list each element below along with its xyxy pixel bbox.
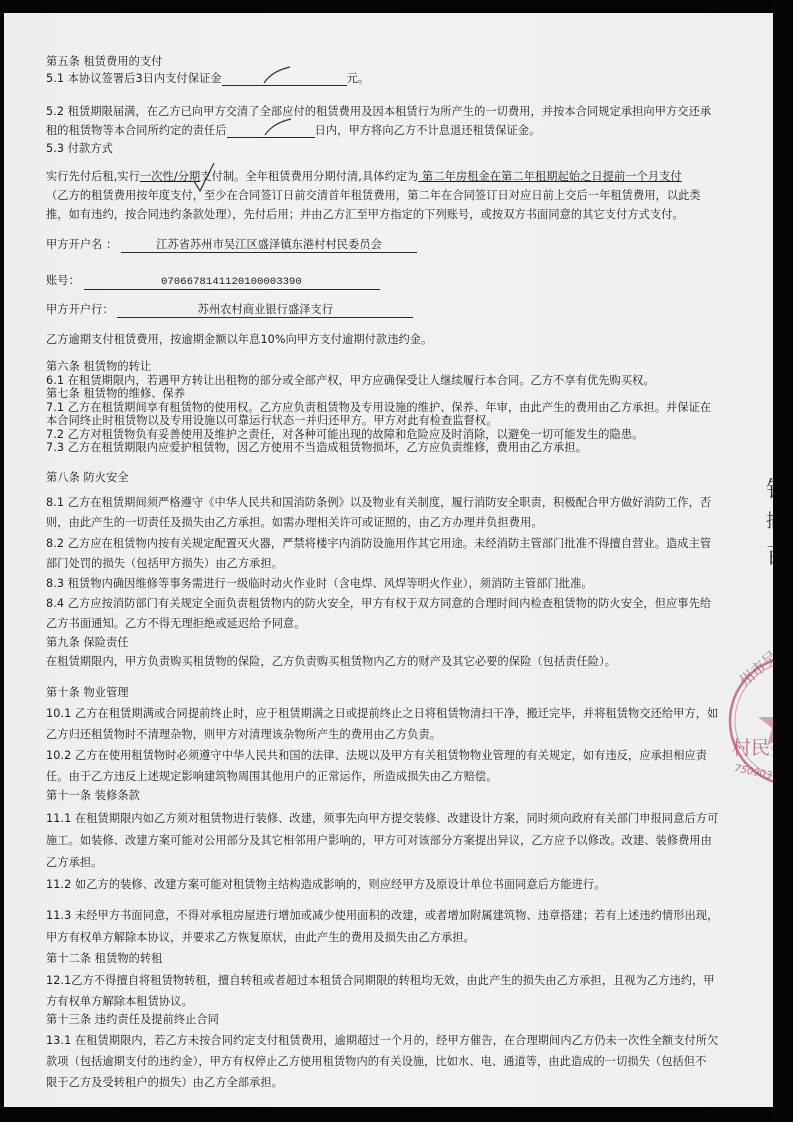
clause-5-3-line2: （乙方的租赁费用按年度支付，至少在合同签订日前交清首年租赁费用，第二年在合同签订… <box>46 189 701 203</box>
scan-border-right <box>773 0 793 1122</box>
clause-8-3: 8.3 租赁物内确因维修等事务需进行一级临时动火作业时（含电焊、风焊等明火作业）… <box>46 577 593 591</box>
clause-11-3-line1: 11.3 未经甲方书面同意，不得对承租房屋进行增加或减少使用面积的改建，或者增加… <box>46 909 718 923</box>
seal-text-mid: 村民委 <box>732 733 773 760</box>
clause-13-1-line2: 款项（包括逾期支付的违约金），甲方有权停止乙方使用租赁物内的有关设施，比如水、电… <box>46 1055 706 1069</box>
clause-8-2-line1: 8.2 乙方应在租赁物内按有关规定配置灭火器，严禁将楼宇内消防设施用作其它用途。… <box>46 537 711 551</box>
clause-8-4-line2: 乙方书面通知。乙方不得无理拒绝或延迟给予同意。 <box>46 617 306 631</box>
clause-11-1-line3: 乙方承担。 <box>46 856 102 870</box>
section-13-title: 第十三条 违约责任及提前终止合同 <box>46 1013 219 1027</box>
late-fee-clause: 乙方逾期支付租赁费用，按逾期金额以年息10%向甲方支付逾期付款违约金。 <box>46 333 432 347</box>
clause-6-1: 6.1 在租赁期限内，若遇甲方转让出租物的部分或全部产权，甲方应确保受让人继续履… <box>46 374 655 388</box>
clause-10-2-line2: 任。由于乙方违反上述规定影响建筑物周围其他用户的正常运作，所造成损失由乙方赔偿。 <box>46 770 498 784</box>
contract-page: 第五条 租赁费用的支付 5.1 本协议签署后3日内支付保证金 元。 5.2 租赁… <box>4 13 773 1107</box>
clause-13-1-line1: 13.1 在租赁期限内，若乙方未按合同约定支付租赁费用，逾期超过一个月的，经甲方… <box>46 1034 718 1048</box>
account-number-row: 账号： 0706678141120100003390 <box>46 274 380 290</box>
deposit-amount-blank <box>222 73 347 86</box>
clause-8-1-line2: 则，由此产生的一切责任及损失由乙方承担。如需办理相关许可或证照的，由乙方办理并负… <box>46 516 543 530</box>
clause-12-1-line2: 方有权单方解除本租赁协议。 <box>46 995 193 1009</box>
clause-7-3: 7.3 乙方在租赁期限内应爱护租赁物，因乙方使用不当造成租赁物损坏，乙方应负责维… <box>46 441 587 455</box>
clause-9: 在租赁期限内，甲方负责购买租赁物的保险，乙方负责购买租赁物内乙方的财产及其它必要… <box>46 655 616 669</box>
clause-5-2-line2: 租的租赁物等本合同所约定的责任后 日内，甲方将向乙方不计息退还租赁保证金。 <box>46 124 540 138</box>
account-name-value: 江苏省苏州市吴江区盛泽镇东港村村民委员会 <box>121 238 417 253</box>
section-11-title: 第十一条 装修条款 <box>46 789 140 803</box>
clause-5-3-line3: 推，如有违约，按合同违约条款处理），先付后用；并由乙方汇至甲方指定的下列账号，或… <box>46 208 684 222</box>
clause-7-1-line2: 本合同终止时租赁物以及专用设施以可靠运行状态一并归还甲方。甲方对此有检查监督权。 <box>46 414 498 428</box>
clause-10-1-line1: 10.1 乙方在租赁期满或合同提前终止时，应于租赁期满之日或提前终止之日将租赁物… <box>46 707 718 721</box>
refund-days-blank <box>227 125 315 138</box>
clause-10-2-line1: 10.2 乙方在使用租赁物时必须遵守中华人民共和国的法律、法规以及甲方有关租赁物… <box>46 749 707 763</box>
clause-11-2: 11.2 如乙方的装修、改建方案可能对租赁物主结构造成影响的，则应经甲方及原设计… <box>46 878 605 892</box>
section-7-title: 第七条 租赁物的维修、保养 <box>46 387 185 401</box>
clause-5-3-title: 5.3 付款方式 <box>46 142 113 156</box>
section-9-title: 第九条 保险责任 <box>46 636 129 650</box>
section-8-title: 第八条 防火安全 <box>46 471 129 485</box>
section-12-title: 第十二条 租赁物的转租 <box>46 952 163 966</box>
edge-fragment: 百 <box>766 539 773 570</box>
official-seal: 州市吴江 村民委 750903 <box>726 641 773 801</box>
section-6-title: 第六条 租赁物的转让 <box>46 360 151 374</box>
clause-8-1-line1: 8.1 乙方在租赁期间须严格遵守《中华人民共和国消防条例》以及物业有关制度，履行… <box>46 496 711 510</box>
clause-12-1-line1: 12.1乙方不得擅自将租赁物转租，擅自转租或者超过本租赁合同期限的转租均无效，由… <box>46 974 715 988</box>
edge-fragment: 钅 <box>766 473 773 504</box>
clause-11-1-line2: 施工。如装修、改建方案可能对公用部分及其它相邻用户影响的，甲方可对该部分方案提出… <box>46 834 712 848</box>
clause-5-3-line1: 实行先付后租,实行一次性/分期支付制。全年租赁费用分期付清,具体约定为 第二年房… <box>46 170 682 184</box>
section-10-title: 第十条 物业管理 <box>46 686 129 700</box>
clause-7-2: 7.2 乙方对租赁物负有妥善使用及维护之责任，对各种可能出现的故障和危险应及时消… <box>46 428 643 442</box>
clause-8-4-line1: 8.4 乙方应按消防部门有关规定全面负责租赁物内的防火安全，甲方有权于双方同意的… <box>46 597 711 611</box>
bank-row: 甲方开户行： 苏州农村商业银行盛泽支行 <box>46 303 413 318</box>
account-number-value: 0706678141120100003390 <box>84 275 380 290</box>
dash-stroke-icon <box>262 65 292 85</box>
dash-stroke-icon <box>263 117 293 137</box>
account-name-row: 甲方开户名 ： 江苏省苏州市吴江区盛泽镇东港村村民委员会 <box>46 238 417 253</box>
clause-5-1: 5.1 本协议签署后3日内支付保证金 元。 <box>46 72 369 86</box>
bank-value: 苏州农村商业银行盛泽支行 <box>117 303 413 318</box>
clause-5-2-line1: 5.2 租赁期限届满，在乙方已向甲方交清了全部应付的租赁费用及因本租赁行为所产生… <box>46 105 711 119</box>
clause-7-1-line1: 7.1 乙方在租赁期间享有租赁物的使用权。乙方应负责租赁物及专用设施的维护、保养… <box>46 401 711 415</box>
edge-fragment: 插 <box>766 507 773 533</box>
clause-11-3-line2: 甲方有权单方解除本协议，并要求乙方恢复原状，由此产生的费用及损失由乙方承担。 <box>46 931 475 945</box>
payment-detail: 第二年房租金在第二年租期起始之日提前一个月支付 <box>418 170 681 183</box>
clause-8-2-line2: 部门处罚的损失（包括甲方损失）由乙方承担。 <box>46 557 283 571</box>
clause-13-1-line3: 限于乙方及受转租户的损失）由乙方全部承担。 <box>46 1076 283 1090</box>
clause-11-1-line1: 11.1 在租赁期限内如乙方须对租赁物进行装修、改建，须事先向甲方提交装修、改建… <box>46 812 718 826</box>
section-5-title: 第五条 租赁费用的支付 <box>46 55 163 69</box>
clause-10-1-line2: 乙方归还租赁物时不清理杂物，则甲方对清理该杂物所产生的费用由乙方负责。 <box>46 728 441 742</box>
